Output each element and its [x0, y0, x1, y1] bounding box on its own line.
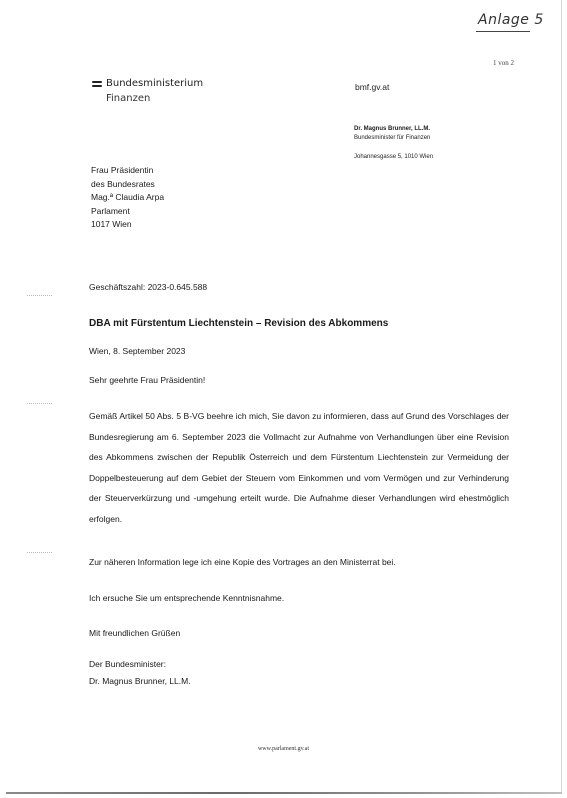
letter-date: Wien, 8. September 2023	[89, 346, 185, 356]
recipient-line: 1017 Wien	[91, 218, 164, 232]
page-edge-bottom	[6, 792, 562, 794]
reference-number: Geschäftszahl: 2023-0.645.588	[89, 282, 207, 292]
sender-role: Bundesminister für Finanzen	[354, 134, 433, 143]
body-paragraph: Gemäß Artikel 50 Abs. 5 B-VG beehre ich …	[89, 406, 509, 529]
recipient-line: Mag.ª Claudia Arpa	[91, 191, 164, 205]
handwritten-annotation: Anlage 5	[478, 12, 544, 28]
recipient-line: des Bundesrates	[91, 178, 164, 192]
page-edge-right	[561, 0, 562, 793]
salutation: Sehr geehrte Frau Präsidentin!	[89, 375, 205, 385]
fold-mark	[27, 295, 52, 297]
sender-name: Dr. Magnus Brunner, LL.M.	[354, 125, 433, 134]
closing: Mit freundlichen Grüßen	[89, 628, 180, 638]
ministry-website: bmf.gv.at	[355, 82, 389, 92]
fold-mark	[27, 403, 52, 405]
recipient-line: Frau Präsidentin	[91, 164, 164, 178]
signature-name: Dr. Magnus Brunner, LL.M.	[89, 676, 191, 686]
body-paragraph: Zur näheren Information lege ich eine Ko…	[89, 557, 396, 567]
sender-block: Dr. Magnus Brunner, LL.M. Bundesminister…	[354, 125, 433, 162]
page-indicator: 1 von 2	[493, 59, 514, 67]
austrian-ministry-stripes-icon	[92, 81, 102, 89]
recipient-block: Frau Präsidentin des Bundesrates Mag.ª C…	[91, 164, 164, 232]
logo-org-line2: Finanzen	[106, 93, 150, 104]
fold-mark	[27, 552, 52, 554]
body-paragraph: Ich ersuche Sie um entsprechende Kenntni…	[89, 593, 284, 603]
signature-title: Der Bundesminister:	[89, 659, 166, 669]
recipient-line: Parlament	[91, 205, 164, 219]
annotation-underline	[476, 31, 530, 32]
logo-org-line1: Bundesministerium	[106, 78, 203, 89]
letter-subject: DBA mit Fürstentum Liechtenstein – Revis…	[89, 318, 388, 329]
footer-url: www.parlament.gv.at	[0, 746, 567, 752]
sender-address: Johannesgasse 5, 1010 Wien	[354, 153, 433, 162]
